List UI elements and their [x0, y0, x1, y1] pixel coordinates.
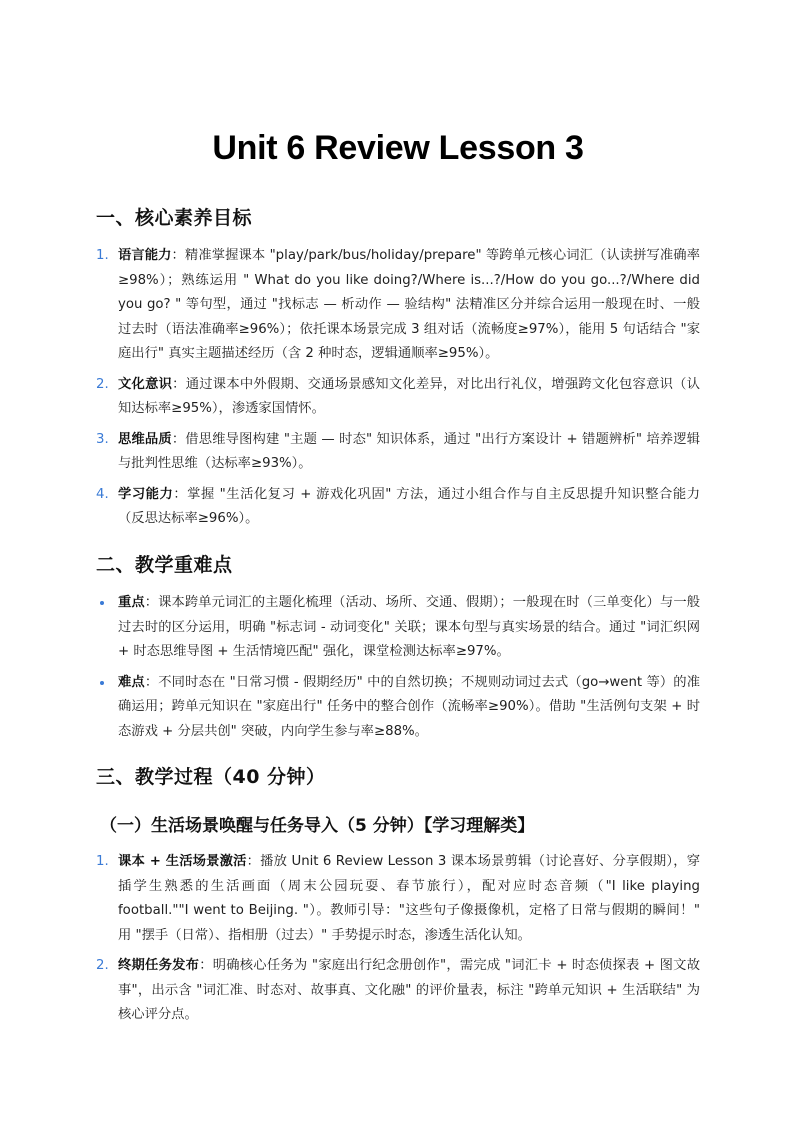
- section-heading-process: 三、教学过程（40 分钟）: [96, 764, 326, 790]
- item-text: ：精准掌握课本 "play/park/bus/holiday/prepare" …: [118, 248, 700, 361]
- item-lead: 文化意识: [118, 377, 172, 392]
- item-text: ：明确核心任务为 "家庭出行纪念册创作"，需完成 "词汇卡 + 时态侦探表 + …: [118, 958, 700, 1022]
- list-number: 3.: [96, 428, 109, 453]
- section-heading-key-points: 二、教学重难点: [96, 552, 233, 578]
- item-text: ：掌握 "生活化复习 + 游戏化巩固" 方法，通过小组合作与自主反思提升知识整合…: [118, 487, 700, 527]
- list-item: 4. 学习能力：掌握 "生活化复习 + 游戏化巩固" 方法，通过小组合作与自主反…: [96, 483, 700, 532]
- list-item: 3. 思维品质：借思维导图构建 "主题 — 时态" 知识体系，通过 "出行方案设…: [96, 428, 700, 477]
- item-text: ：课本跨单元词汇的主题化梳理（活动、场所、交通、假期）；一般现在时（三单变化）与…: [118, 595, 700, 659]
- section-heading-goals: 一、核心素养目标: [96, 205, 252, 231]
- list-item: 2. 文化意识：通过课本中外假期、交通场景感知文化差异，对比出行礼仪，增强跨文化…: [96, 373, 700, 422]
- item-lead: 重点: [118, 595, 145, 610]
- item-text: ：借思维导图构建 "主题 — 时态" 知识体系，通过 "出行方案设计 + 错题辨…: [118, 432, 700, 472]
- bullet-icon: [100, 681, 104, 685]
- list-item: 1. 语言能力：精准掌握课本 "play/park/bus/holiday/pr…: [96, 244, 700, 367]
- list-number: 1.: [96, 244, 109, 269]
- list-item: 重点：课本跨单元词汇的主题化梳理（活动、场所、交通、假期）；一般现在时（三单变化…: [96, 591, 700, 665]
- list-item: 1. 课本 + 生活场景激活：播放 Unit 6 Review Lesson 3…: [96, 850, 700, 948]
- item-lead: 终期任务发布: [118, 958, 199, 973]
- list-number: 1.: [96, 850, 109, 875]
- item-lead: 难点: [118, 675, 145, 690]
- subsection-heading: （一）生活场景唤醒与任务导入（5 分钟）【学习理解类】: [100, 814, 534, 838]
- list-item: 2. 终期任务发布：明确核心任务为 "家庭出行纪念册创作"，需完成 "词汇卡 +…: [96, 954, 700, 1028]
- list-number: 4.: [96, 483, 109, 508]
- process-list: 1. 课本 + 生活场景激活：播放 Unit 6 Review Lesson 3…: [96, 850, 700, 1034]
- list-item: 难点：不同时态在 "日常习惯 - 假期经历" 中的自然切换；不规则动词过去式（g…: [96, 671, 700, 745]
- list-number: 2.: [96, 954, 109, 979]
- goals-list: 1. 语言能力：精准掌握课本 "play/park/bus/holiday/pr…: [96, 244, 700, 538]
- item-lead: 思维品质: [118, 432, 172, 447]
- bullet-icon: [100, 601, 104, 605]
- list-number: 2.: [96, 373, 109, 398]
- item-lead: 课本 + 生活场景激活: [118, 854, 247, 869]
- key-points-list: 重点：课本跨单元词汇的主题化梳理（活动、场所、交通、假期）；一般现在时（三单变化…: [96, 591, 700, 750]
- item-lead: 学习能力: [118, 487, 173, 502]
- item-text: ：通过课本中外假期、交通场景感知文化差异，对比出行礼仪，增强跨文化包容意识（认知…: [118, 377, 700, 417]
- item-lead: 语言能力: [118, 248, 172, 263]
- document-title: Unit 6 Review Lesson 3: [96, 128, 700, 168]
- item-text: ：不同时态在 "日常习惯 - 假期经历" 中的自然切换；不规则动词过去式（go→…: [118, 675, 700, 739]
